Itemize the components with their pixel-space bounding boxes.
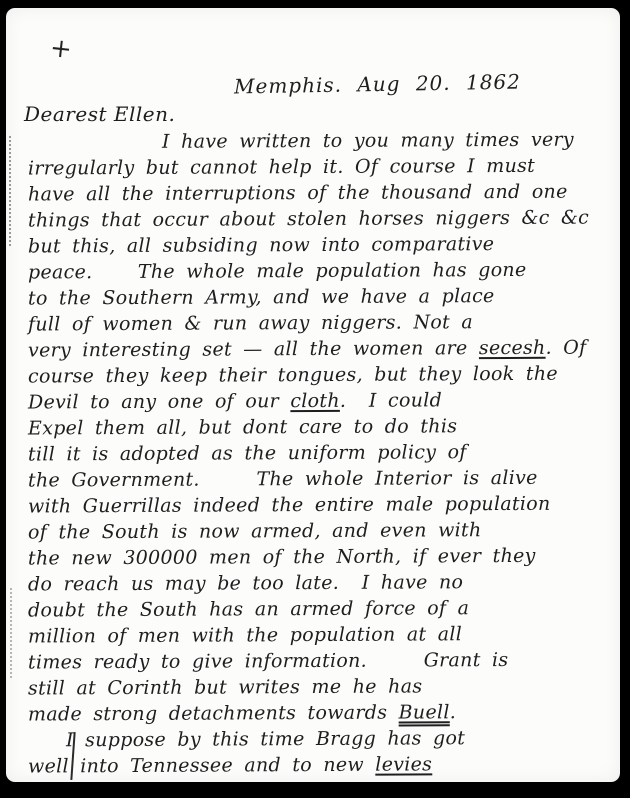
letter-line: have all the interruptions of the thousa… [14,178,614,207]
letter-body: I have written to you many times veryirr… [14,128,614,778]
letter-line: doubt the South has an armed force of a [14,594,614,623]
letter-line: do reach us may be too late. I have no [14,568,614,597]
letter-line: I have written to you many times very [14,126,614,155]
letter-line: course they keep their tongues, but they… [14,360,614,389]
cross-mark: + [48,33,73,65]
letter-line: million of men with the population at al… [14,620,614,649]
salutation: Dearest Ellen. [24,102,175,126]
letter-line: the Government. The whole Interior is al… [14,464,614,493]
letter-line: Expel them all, but dont care to do this [14,412,614,441]
letter-page: + Memphis. Aug 20. 1862 Dearest Ellen. I… [6,8,620,782]
letter-line: I suppose by this time Bragg has got [14,724,614,753]
letter-line: times ready to give information. Grant i… [14,646,614,675]
letter-line: peace. The whole male population has gon… [14,256,614,285]
letter-line: the new 300000 men of the North, if ever… [14,542,614,571]
letter-line: still at Corinth but writes me he has [14,672,614,701]
scanned-letter: { "letter": { "cross_mark": "+", "dateli… [0,0,630,798]
letter-line: well into Tennessee and to new levies [14,750,614,779]
letter-line: but this, all subsiding now into compara… [14,230,614,259]
letter-line: irregularly but cannot help it. Of cours… [14,152,614,181]
dateline: Memphis. Aug 20. 1862 [234,69,521,98]
letter-line: very interesting set — all the women are… [14,334,614,363]
letter-line: with Guerrillas indeed the entire male p… [14,490,614,519]
letter-line: full of women & run away niggers. Not a [14,308,614,337]
letter-line: of the South is now armed, and even with [14,516,614,545]
letter-line: till it is adopted as the uniform policy… [14,438,614,467]
letter-line: to the Southern Army, and we have a plac… [14,282,614,311]
letter-line: Devil to any one of our cloth. I could [14,386,614,415]
letter-line: made strong detachments towards Buell. [14,698,614,727]
scan-edge-artifact [9,136,13,246]
letter-line: things that occur about stolen horses ni… [14,204,614,233]
